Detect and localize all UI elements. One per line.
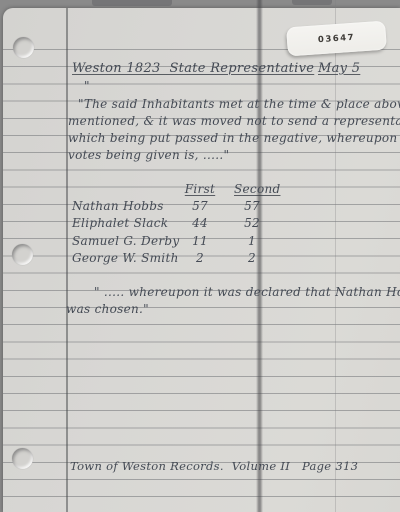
closing-line: was chosen." [66, 301, 149, 317]
candidate-name: George W. Smith [72, 250, 179, 266]
candidate-name: Nathan Hobbs [72, 198, 164, 214]
table-row: Samuel G. Derby 11 1 [0, 233, 400, 249]
table-row: Eliphalet Slack 44 52 [0, 215, 400, 231]
punch-hole [13, 37, 34, 58]
second-vote-count: 2 [236, 250, 268, 266]
candidate-name: Eliphalet Slack [72, 215, 168, 231]
citation: Town of Weston Records. Volume II Page 3… [70, 458, 358, 474]
heading-date: May 5 [318, 61, 360, 77]
vote-column-header-first: First [184, 181, 216, 197]
first-vote-count: 44 [184, 215, 216, 231]
punch-hole [12, 448, 33, 469]
paragraph-line: votes being given is, ....." [68, 147, 229, 163]
scan-background: { "document": { "catalog_label": "03647"… [0, 0, 400, 512]
table-row: George W. Smith 2 2 [0, 250, 400, 266]
catalog-number: 03647 [318, 32, 356, 45]
second-vote-count: 1 [236, 233, 268, 249]
closing-line: " ..... whereupon it was declared that N… [94, 284, 400, 300]
block-quote-mark: " [84, 78, 90, 94]
candidate-name: Samuel G. Derby [72, 233, 179, 249]
second-vote-count: 57 [236, 198, 268, 214]
scan-artifact [292, 0, 332, 5]
paragraph-line: mentioned, & it was moved not to send a … [68, 113, 400, 129]
paragraph-line: which being put passed in the negative, … [68, 130, 400, 146]
heading-title: Weston 1823 State Representative [72, 61, 314, 77]
first-vote-count: 57 [184, 198, 216, 214]
scan-artifact [92, 0, 172, 6]
vote-column-header-second: Second [234, 181, 274, 197]
first-vote-count: 2 [184, 250, 216, 266]
paragraph-line: "The said Inhabitants met at the time & … [78, 96, 400, 112]
first-vote-count: 11 [184, 233, 216, 249]
second-vote-count: 52 [236, 215, 268, 231]
table-row: Nathan Hobbs 57 57 [0, 198, 400, 214]
